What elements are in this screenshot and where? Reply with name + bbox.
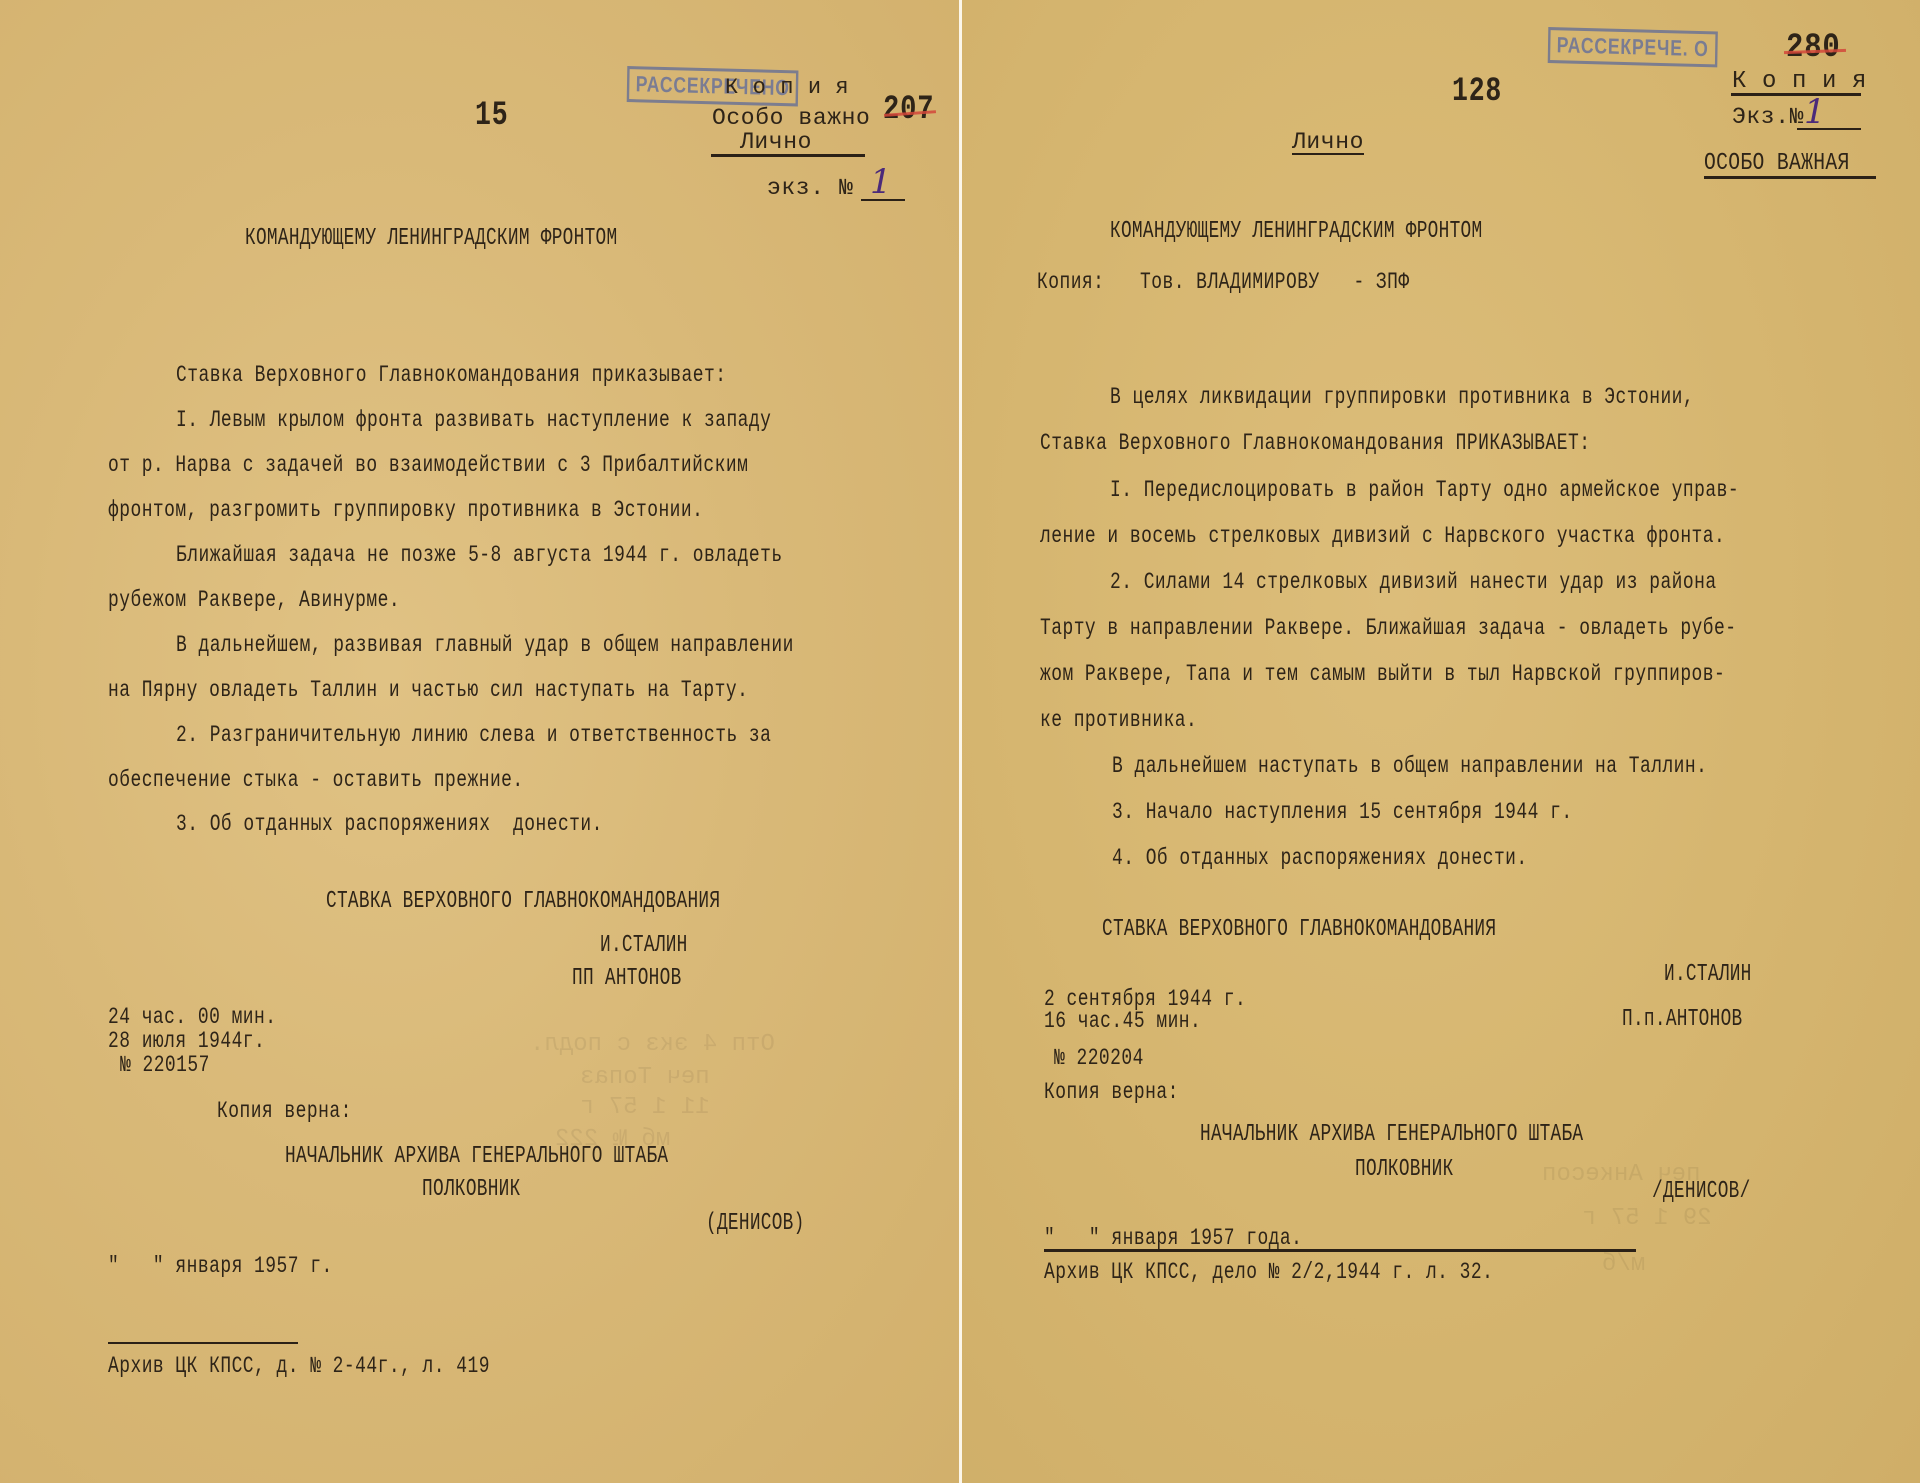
signature-organization: СТАВКА ВЕРХОВНОГО ГЛАВНОКОМАНДОВАНИЯ bbox=[1102, 916, 1496, 944]
body-line: В дальнейшем наступать в общем направлен… bbox=[1112, 752, 1707, 780]
body-line: 3. Об отданных распоряжениях донести. bbox=[176, 810, 603, 838]
signer-antonov: ПП АНТОНОВ bbox=[572, 965, 682, 993]
body-line: фронтом, разгромить группировку противни… bbox=[108, 496, 703, 524]
declassified-stamp: РАССЕКРЕЧЕ. О bbox=[1548, 27, 1718, 67]
page-number: 128 bbox=[1452, 78, 1502, 106]
body-line: от р. Нарва с задачей во взаимодействии … bbox=[108, 451, 748, 479]
page-number: 15 bbox=[475, 102, 508, 130]
order-time: 16 час.45 мин. bbox=[1044, 1010, 1201, 1032]
handwritten-copy-number: 1 bbox=[1804, 92, 1826, 132]
body-line: 3. Начало наступления 15 сентября 1944 г… bbox=[1112, 798, 1573, 826]
signer-stalin: И.СТАЛИН bbox=[1664, 961, 1752, 989]
signature-organization: СТАВКА ВЕРХОВНОГО ГЛАВНОКОМАНДОВАНИЯ bbox=[326, 888, 720, 916]
footnote-rule bbox=[108, 1342, 298, 1344]
copy-certified-label: Копия верна: bbox=[1044, 1078, 1179, 1106]
body-line: 2. Разграничительную линию слева и ответ… bbox=[176, 721, 771, 749]
personal-label: Лично bbox=[1292, 128, 1364, 156]
body-line: Ставка Верховного Главнокомандования ПРИ… bbox=[1040, 429, 1590, 457]
handwritten-copy-number: 1 bbox=[870, 162, 892, 202]
certifier-name: (ДЕНИСОВ) bbox=[706, 1210, 805, 1238]
underline bbox=[711, 154, 865, 157]
body-line: Тарту в направлении Раквере. Ближайшая з… bbox=[1040, 614, 1737, 642]
archive-reference: Архив ЦК КПСС, дело № 2/2,1944 г. л. 32. bbox=[1044, 1258, 1493, 1286]
body-line: ление и восемь стрелковых дивизий с Нарв… bbox=[1040, 522, 1725, 550]
personal-label: Лично bbox=[740, 128, 812, 156]
copy-mark: К о п и я bbox=[725, 74, 849, 102]
order-number: № 220157 bbox=[120, 1054, 210, 1076]
underline bbox=[1044, 1249, 1636, 1252]
copy-to-recipient: Тов. ВЛАДИМИРОВУ - ЗПФ bbox=[1140, 268, 1410, 296]
body-line: 2. Силами 14 стрелковых дивизий нанести … bbox=[1110, 568, 1717, 596]
body-line: обеспечение стыка - оставить прежние. bbox=[108, 766, 524, 794]
copy-number-label: Экз.№ bbox=[1732, 103, 1804, 131]
order-time: 24 час. 00 мин. bbox=[108, 1006, 277, 1028]
body-line: ке противника. bbox=[1040, 706, 1197, 734]
document-page-left: РАССЕКРЕЧЕНО К о п и я 207 15 Особо важн… bbox=[0, 0, 959, 1483]
copy-to-label: Копия: bbox=[1037, 268, 1104, 296]
addressee-heading: КОМАНДУЮЩЕМУ ЛЕНИНГРАДСКИМ ФРОНТОМ bbox=[245, 225, 617, 253]
addressee-heading: КОМАНДУЮЩЕМУ ЛЕНИНГРАДСКИМ ФРОНТОМ bbox=[1110, 218, 1482, 246]
order-number: № 220204 bbox=[1054, 1044, 1144, 1072]
body-line: на Пярну овладеть Таллин и частью сил на… bbox=[108, 676, 748, 704]
certification-date: " " января 1957 г. bbox=[108, 1252, 333, 1280]
certifier-rank: ПОЛКОВНИК bbox=[1355, 1156, 1454, 1184]
certification-date: " " января 1957 года. bbox=[1044, 1224, 1302, 1252]
copy-mark: К о п и я bbox=[1732, 68, 1867, 96]
underline bbox=[1731, 93, 1861, 96]
copy-certified-label: Копия верна: bbox=[217, 1097, 352, 1125]
underline bbox=[1797, 128, 1861, 130]
classification-label: ОСОБО ВАЖНАЯ bbox=[1704, 150, 1850, 178]
folio-number: 280 bbox=[1786, 34, 1841, 62]
body-line: Ставка Верховного Главнокомандования при… bbox=[176, 361, 726, 389]
underline bbox=[1292, 153, 1364, 155]
body-line: В целях ликвидации группировки противник… bbox=[1110, 383, 1694, 411]
certifier-rank: ПОЛКОВНИК bbox=[422, 1176, 521, 1204]
body-line: В дальнейшем, развивая главный удар в об… bbox=[176, 631, 794, 659]
document-page-right: РАССЕКРЕЧЕ. О 280 К о п и я 128 Экз.№ 1 … bbox=[962, 0, 1920, 1483]
archive-reference: Архив ЦК КПСС, д. № 2-44г., л. 419 bbox=[108, 1352, 490, 1380]
body-line: Ближайшая задача не позже 5-8 августа 19… bbox=[176, 541, 783, 569]
order-date: 28 июля 1944г. bbox=[108, 1030, 265, 1052]
body-line: жом Раквере, Тапа и тем самым выйти в ты… bbox=[1040, 660, 1725, 688]
underline bbox=[1704, 176, 1876, 179]
body-line: рубежом Раквере, Авинурме. bbox=[108, 586, 400, 614]
copy-number-label: экз. № bbox=[767, 174, 853, 202]
body-line: I. Передислоцировать в район Тарту одно … bbox=[1110, 476, 1739, 504]
order-date: 2 сентября 1944 г. bbox=[1044, 988, 1246, 1010]
body-line: 4. Об отданных распоряжениях донести. bbox=[1112, 844, 1528, 872]
signer-stalin: И.СТАЛИН bbox=[600, 932, 688, 960]
signer-antonov: П.п.АНТОНОВ bbox=[1622, 1006, 1742, 1034]
certifier-title: НАЧАЛЬНИК АРХИВА ГЕНЕРАЛЬНОГО ШТАБА bbox=[1200, 1121, 1583, 1149]
body-line: I. Левым крылом фронта развивать наступл… bbox=[176, 406, 771, 434]
underline bbox=[861, 199, 905, 201]
